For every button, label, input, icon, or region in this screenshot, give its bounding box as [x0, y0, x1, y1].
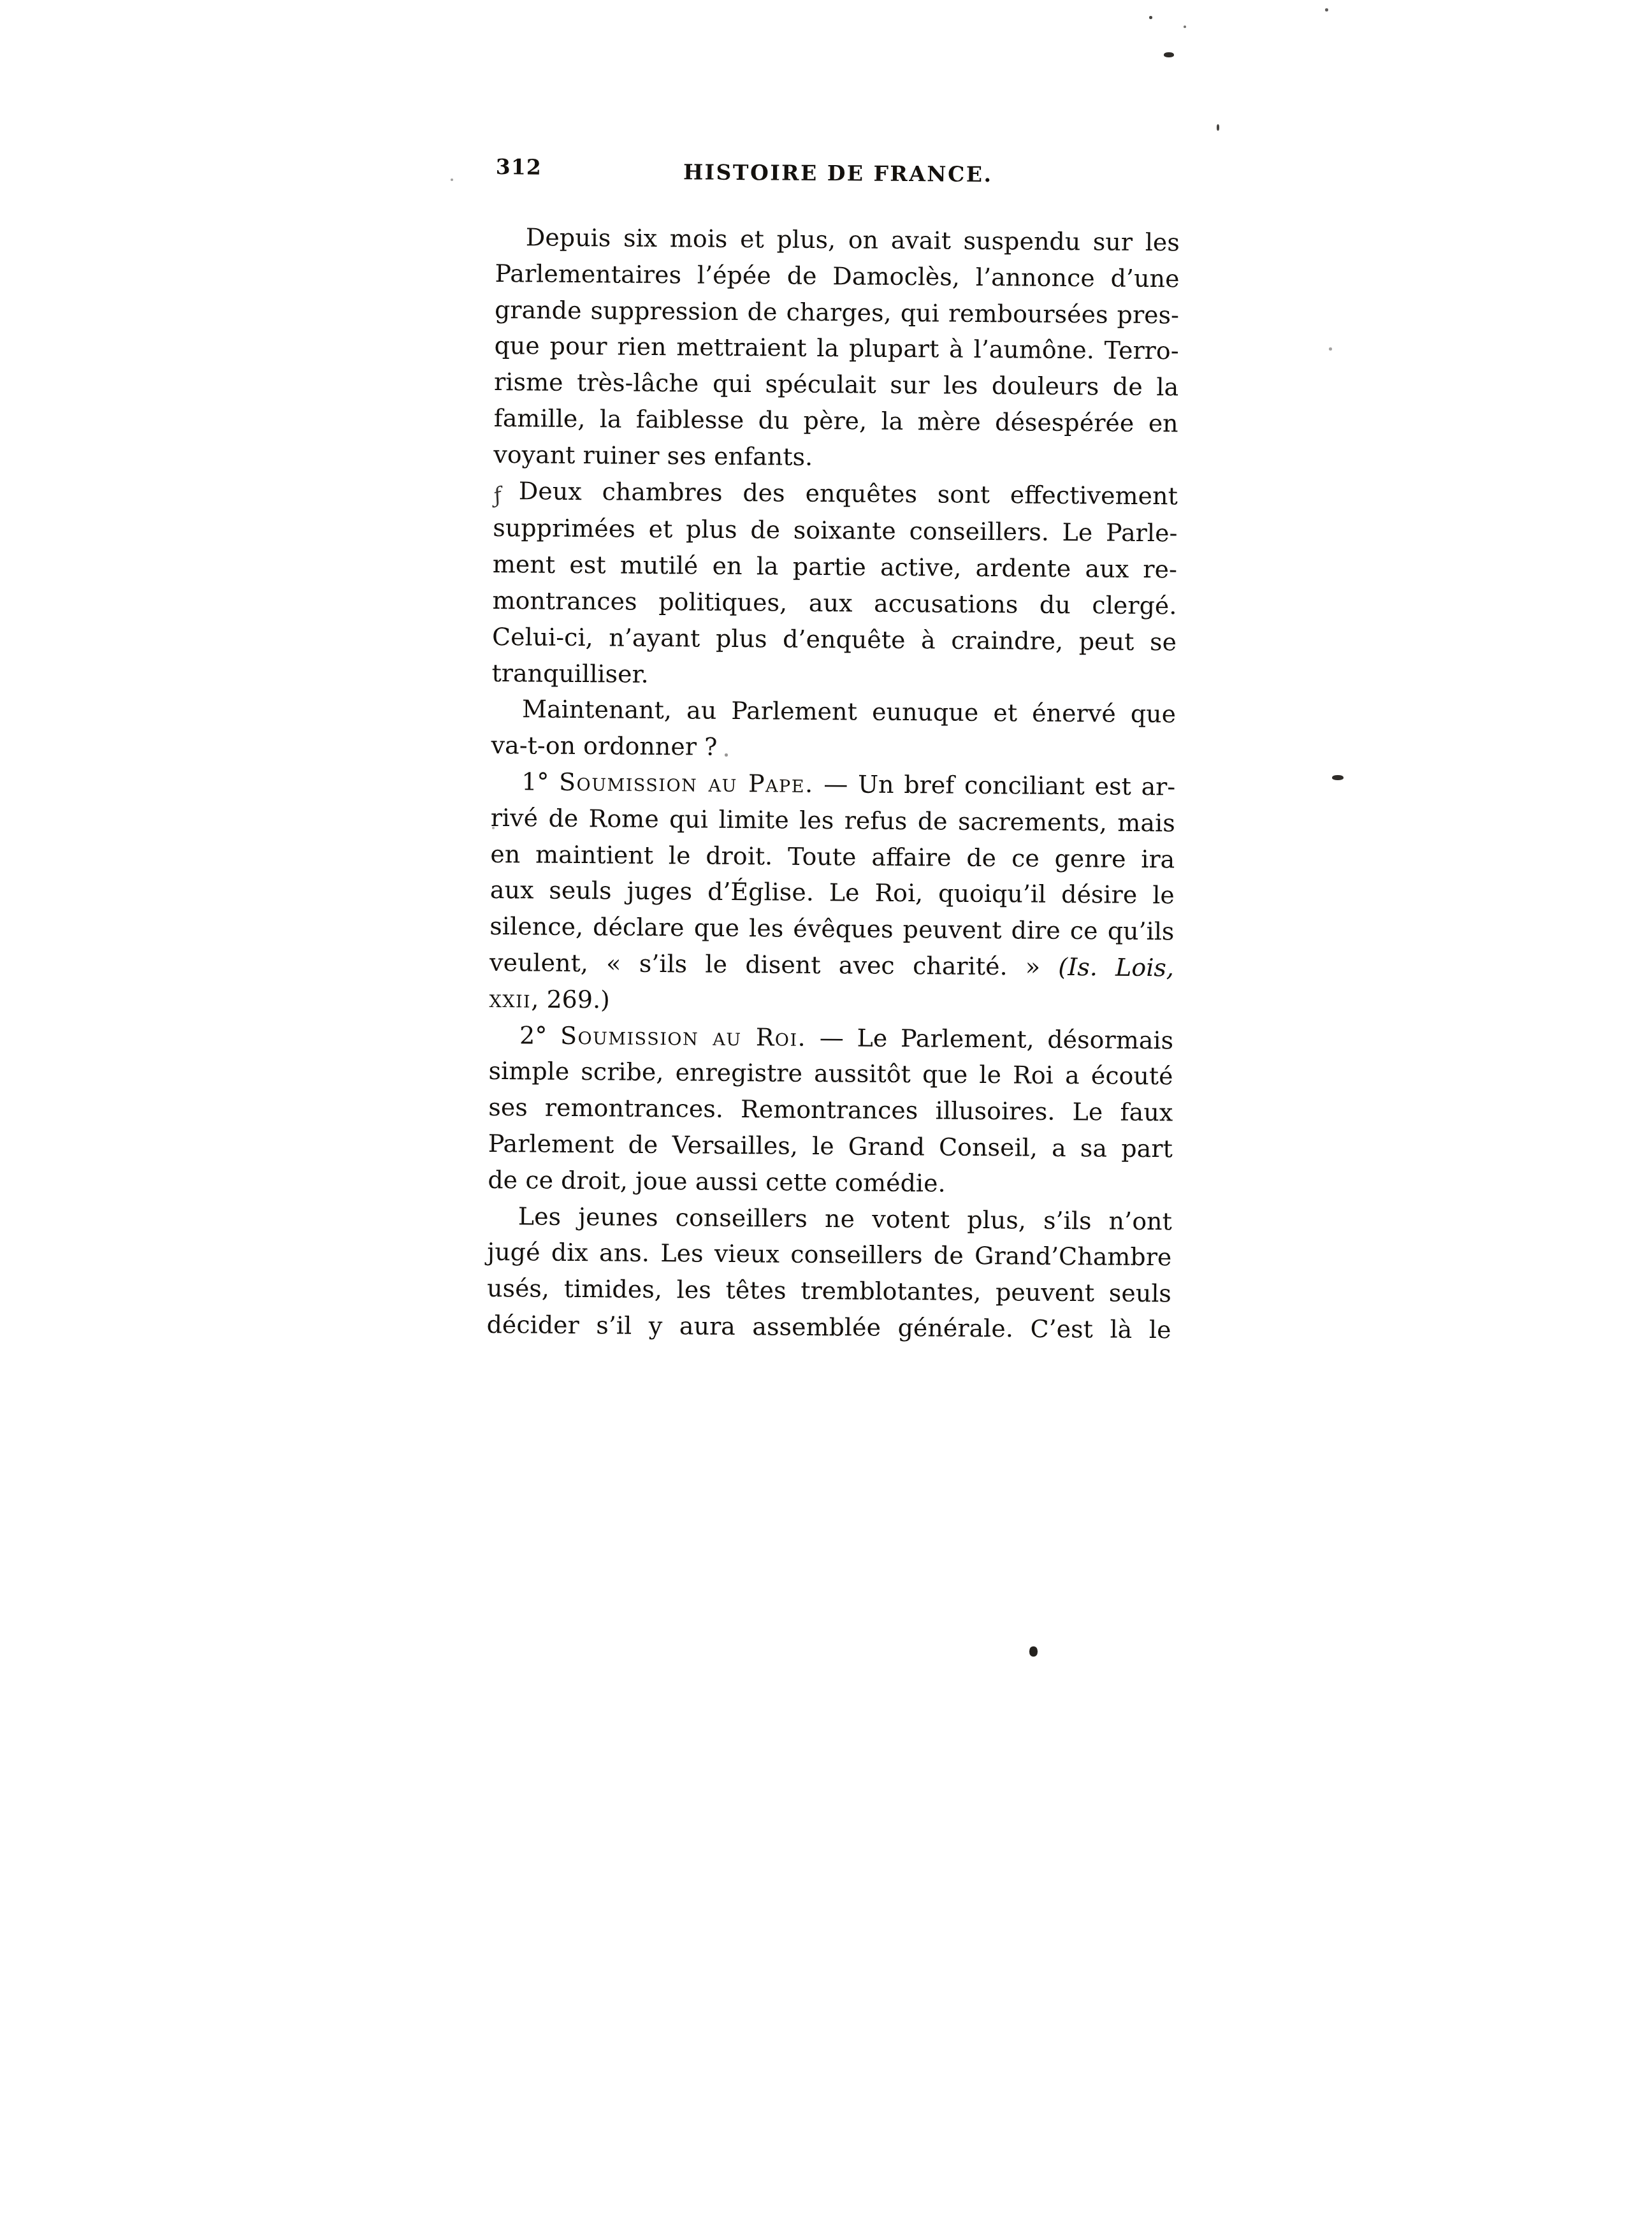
text-line: de ce droit, joue aussi cette comédie.	[488, 1162, 1172, 1203]
text-run: rivé de Rome qui limite les refus de sac…	[491, 804, 1175, 837]
text-run: ses remontrances. Remontrances illusoire…	[488, 1093, 1173, 1126]
text-run: Celui-ci, n’ayant plus d’enquête à crain…	[492, 623, 1177, 656]
text-run: Parlementaires l’épée de Damoclès, l’ann…	[495, 259, 1179, 293]
page-number: 312	[496, 154, 542, 180]
scan-page: 312 HISTOIRE DE FRANCE. Depuis six mois …	[0, 0, 1652, 2236]
paragraph: 1° Soumission au Pape. — Un bref concili…	[489, 764, 1175, 1022]
text-run: décider s’il y aura assemblée générale. …	[486, 1310, 1171, 1344]
text-run: tranquilliser.	[491, 659, 648, 688]
text-run: silence, déclare que les évêques peuvent…	[489, 912, 1174, 945]
text-run: que pour rien mettraient la plupart à l’…	[494, 331, 1178, 365]
text-run: supprimées et plus de soixante conseille…	[493, 514, 1177, 547]
text-line: risme très-lâche qui spéculait sur les d…	[494, 364, 1178, 405]
text-line: tranquilliser.	[491, 655, 1176, 697]
text-run: Maintenant, au Parlement eunuque et éner…	[522, 695, 1176, 729]
page-header: 312 HISTOIRE DE FRANCE.	[496, 153, 1180, 190]
margin-scribble-mark: ƒ	[489, 473, 523, 514]
text-line: aux seuls juges d’Église. Le Roi, quoiqu…	[490, 872, 1175, 913]
ink-speck	[1329, 347, 1332, 351]
text-line: Les jeunes conseillers ne votent plus, s…	[488, 1198, 1172, 1239]
paragraph: Maintenant, au Parlement eunuque et éner…	[491, 691, 1176, 769]
ink-speck	[1029, 1646, 1038, 1657]
ink-speck	[451, 178, 453, 181]
text-line: famille, la faiblesse du père, la mère d…	[494, 400, 1178, 442]
text-run: veulent, « s’ils le disent avec charité.…	[489, 948, 1059, 981]
text-line: ses remontrances. Remontrances illusoire…	[488, 1089, 1173, 1131]
text-run: de ce droit, joue aussi cette comédie.	[488, 1166, 946, 1198]
paragraph: Depuis six mois et plus, on avait suspen…	[493, 219, 1180, 478]
text-run: aux seuls juges d’Église. Le Roi, quoiqu…	[490, 876, 1175, 909]
ink-speck	[1164, 52, 1174, 57]
text-line: Maintenant, au Parlement eunuque et éner…	[491, 691, 1176, 732]
text-line: Parlement de Versailles, le Grand Consei…	[488, 1126, 1173, 1167]
text-run: usés, timides, les têtes tremblotantes, …	[487, 1274, 1171, 1307]
text-run: — Le Parlement, désormais	[806, 1023, 1173, 1054]
text-line: en maintient le droit. Toute affaire de …	[490, 836, 1175, 878]
text-run: montrances politiques, aux accusations d…	[492, 586, 1177, 620]
text-run: en maintient le droit. Toute affaire de …	[490, 840, 1175, 873]
text-line: décider s’il y aura assemblée générale. …	[486, 1307, 1171, 1348]
text-run: xxii	[489, 985, 531, 1013]
paragraph: Les jeunes conseillers ne votent plus, s…	[486, 1198, 1172, 1348]
paragraph: 2° Soumission au Roi. — Le Parlement, dé…	[488, 1017, 1173, 1203]
text-line: va-t-on ordonner ?	[491, 727, 1175, 769]
ink-speck	[1325, 8, 1328, 11]
ink-speck	[1217, 124, 1219, 131]
text-line: Parlementaires l’épée de Damoclès, l’ann…	[495, 256, 1179, 297]
text-line: montrances politiques, aux accusations d…	[492, 583, 1177, 624]
text-run: jugé dix ans. Les vieux conseillers de G…	[487, 1238, 1171, 1271]
text-run: 2°	[519, 1021, 560, 1050]
text-run: Soumission au Roi.	[560, 1021, 807, 1051]
text-line: ment est mutilé en la partie active, ard…	[493, 546, 1177, 588]
text-line: xxii, 269.)	[489, 981, 1173, 1022]
paragraph: ƒDeux chambres des enquêtes sont effecti…	[491, 473, 1178, 697]
text-run: simple scribe, enregistre aussitôt que l…	[489, 1057, 1173, 1090]
text-run: risme très-lâche qui spéculait sur les d…	[494, 368, 1178, 401]
text-run: , 269.)	[531, 985, 610, 1013]
text-run: — Un bref conciliant est ar-	[813, 770, 1175, 801]
text-run: Soumission au Pape.	[559, 768, 814, 798]
ink-speck	[1149, 16, 1152, 19]
text-run: 1°	[521, 767, 559, 795]
text-run: famille, la faiblesse du père, la mère d…	[494, 404, 1178, 437]
page-content: 312 HISTOIRE DE FRANCE. Depuis six mois …	[486, 153, 1180, 1348]
text-line: rivé de Rome qui limite les refus de sac…	[491, 800, 1175, 841]
text-run: va-t-on ordonner ?	[491, 731, 718, 761]
text-run: grande suppression de charges, qui rembo…	[495, 296, 1179, 329]
text-run: voyant ruiner ses enfants.	[493, 440, 813, 471]
running-title: HISTOIRE DE FRANCE.	[496, 153, 1180, 188]
text-line: veulent, « s’ils le disent avec charité.…	[489, 945, 1174, 986]
text-line: ƒDeux chambres des enquêtes sont effecti…	[493, 473, 1178, 516]
text-line: voyant ruiner ses enfants.	[493, 437, 1178, 478]
text-line: simple scribe, enregistre aussitôt que l…	[488, 1053, 1173, 1094]
ink-speck	[1184, 25, 1186, 28]
text-line: 1° Soumission au Pape. — Un bref concili…	[491, 764, 1175, 805]
text-line: Depuis six mois et plus, on avait suspen…	[495, 219, 1180, 261]
text-run: ment est mutilé en la partie active, ard…	[493, 550, 1177, 583]
text-line: usés, timides, les têtes tremblotantes, …	[487, 1270, 1171, 1312]
text-run: Depuis six mois et plus, on avait suspen…	[526, 223, 1180, 256]
text-line: silence, déclare que les évêques peuvent…	[489, 908, 1174, 950]
text-line: supprimées et plus de soixante conseille…	[493, 510, 1177, 551]
text-run: Deux chambres des enquêtes sont effectiv…	[519, 477, 1178, 510]
text-run: (Is. Lois,	[1058, 953, 1174, 982]
text-line: jugé dix ans. Les vieux conseillers de G…	[487, 1234, 1171, 1275]
ink-speck	[1332, 775, 1344, 780]
text-line: Celui-ci, n’ayant plus d’enquête à crain…	[492, 619, 1177, 660]
text-line: que pour rien mettraient la plupart à l’…	[494, 328, 1178, 369]
ink-speck	[492, 827, 495, 829]
ink-speck	[575, 966, 577, 969]
text-line: grande suppression de charges, qui rembo…	[495, 292, 1179, 333]
text-block: Depuis six mois et plus, on avait suspen…	[486, 219, 1180, 1348]
text-run: Parlement de Versailles, le Grand Consei…	[488, 1129, 1173, 1163]
ink-speck	[725, 753, 728, 757]
text-line: 2° Soumission au Roi. — Le Parlement, dé…	[489, 1017, 1173, 1058]
text-run: Les jeunes conseillers ne votent plus, s…	[518, 1202, 1172, 1235]
